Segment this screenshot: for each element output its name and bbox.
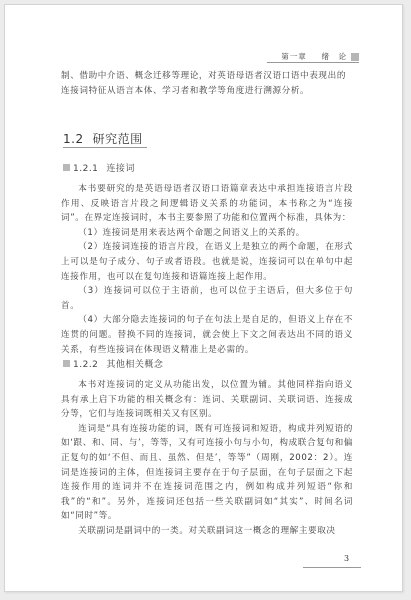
intro-paragraph: 制、借助中介语、概念迁移等理论，对英语母语者汉语口语中表现出的 连接词特征从语言…: [61, 69, 353, 98]
subsection-marker-icon: [63, 360, 70, 367]
running-head: 第一章 绪 论: [267, 51, 359, 63]
paragraph: 连词是“具有连接功能的词，既有可连接词和短语，构成并列短语的如‘跟、和、同、与’…: [61, 422, 353, 524]
section-title: 研究范围: [93, 132, 143, 146]
criterion-2: （2）连接词连接的语言片段，在语义上是独立的两个命题，在形式上可以是句子成分、句…: [61, 240, 353, 284]
running-head-title: 绪 论: [322, 52, 348, 61]
intro-line-1: 制、借助中介语、概念迁移等理论，对英语母语者汉语口语中表现出的: [61, 69, 353, 84]
intro-line-2: 连接词特征从语言本体、学习者和教学等角度进行溯源分析。: [61, 84, 353, 99]
subsection-2-body: 本书对连接词的定义从功能出发，以位置为辅。其他同样指向语义具有承上启下功能的相关…: [61, 378, 353, 539]
footer-rule: [303, 567, 361, 568]
running-head-marker-icon: [351, 53, 359, 61]
document-page: 第一章 绪 论 制、借助中介语、概念迁移等理论，对英语母语者汉语口语中表现出的 …: [4, 4, 403, 592]
subsection-1-body: 本书要研究的是英语母语者汉语口语篇章表达中承担连接语言片段作用、反映语言片段之间…: [61, 182, 353, 357]
running-head-chapter: 第一章: [281, 52, 307, 61]
subsection-heading-2: 1.2.2其他相关概念: [63, 359, 163, 371]
subsection-title: 其他相关概念: [106, 360, 163, 370]
page-number: 3: [344, 554, 349, 563]
paragraph: 本书要研究的是英语母语者汉语口语篇章表达中承担连接语言片段作用、反映语言片段之间…: [61, 182, 353, 226]
subsection-marker-icon: [63, 164, 70, 171]
subsection-title: 连接词: [106, 164, 135, 174]
criterion-1: （1）连接词是用来表达两个命题之间语义上的关系的。: [61, 226, 353, 241]
criterion-3: （3）连接词可以位于主语前，也可以位于主语后，但大多位于句首。: [61, 284, 353, 313]
subsection-number: 1.2.2: [73, 360, 98, 370]
subsection-number: 1.2.1: [73, 164, 98, 174]
section-number: 1.2: [63, 132, 84, 146]
subsection-heading-1: 1.2.1连接词: [63, 163, 135, 175]
paragraph: 关联副词是副词中的一类。对关联副词这一概念的理解主要取决: [61, 524, 353, 539]
section-heading: 1.2研究范围: [63, 131, 147, 148]
paragraph: 本书对连接词的定义从功能出发，以位置为辅。其他同样指向语义具有承上启下功能的相关…: [61, 378, 353, 422]
criterion-4: （4）大部分隐去连接词的句子在句法上是自足的，但语义上存在不连贯的问题。替换不同…: [61, 313, 353, 357]
